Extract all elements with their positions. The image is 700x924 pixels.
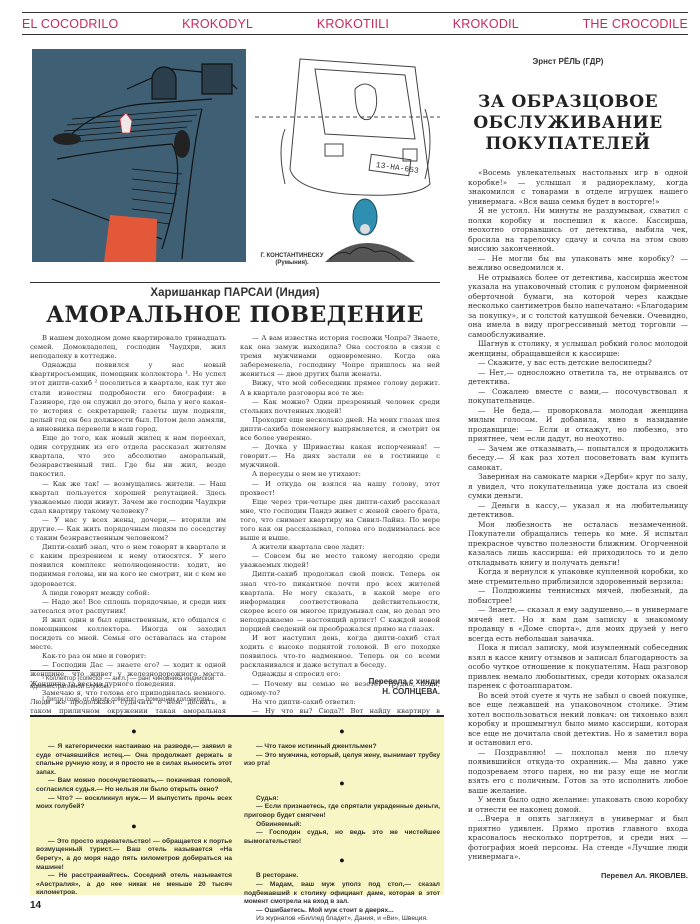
article1-column2: — А вам известна история госпожи Чопра? … <box>240 334 440 734</box>
joke-line: — Это просто издевательство! — обращаетс… <box>36 838 232 872</box>
joke-line: — Господин судья, но ведь это же чистейш… <box>244 829 440 846</box>
jokes-column2: ● — Что такое истинный джентльмен? — Это… <box>244 717 440 924</box>
paragraph: — Надо же! Все сплошь порядочные, и сред… <box>30 598 226 616</box>
paragraph: И вот наступил день, когда дипти-сахиб с… <box>240 634 440 670</box>
bullet-icon: ● <box>244 776 440 790</box>
article2-author: Эрнст РЁЛЬ (ГДР) <box>448 57 688 66</box>
footnotes: ¹ Коллектор (collector — англ.) — ранг ч… <box>30 670 226 709</box>
joke-line: — Что? — воскликнул муж.— И выпустить пр… <box>36 795 232 812</box>
paragraph: — Зачем же отказывать,— попытался я прод… <box>468 444 688 473</box>
paragraph: — Сожалею вместе с вами,— посочувствовал… <box>468 387 688 406</box>
masthead-item-en: THE CROCODILE <box>583 17 688 31</box>
car-on-wheel-cartoon-image: 13-HA-653 <box>255 49 440 262</box>
paragraph: ...Вчера я опять заглянул в универмаг и … <box>468 814 688 862</box>
paragraph: А жители квартала свое ладят: <box>240 543 440 552</box>
article1-translator: Перевела с хинди Н. СОЛНЦЕВА. <box>240 677 440 697</box>
joke-line: — Я категорически настаиваю на разводе,—… <box>36 743 232 777</box>
masthead-item-es: EL COCODRILO <box>22 17 118 31</box>
paragraph: — Не беда,— проворковала молодая женщина… <box>468 406 688 444</box>
page-number: 14 <box>30 900 41 911</box>
paragraph: Шагнув к столику, я услышал робкий голос… <box>468 339 688 358</box>
masthead: EL COCODRILO KROKODYL KROKOTIILI KROKODI… <box>22 12 688 35</box>
article2-title: ЗА ОБРАЗЦОВОЕ ОБСЛУЖИВАНИЕ ПОКУПАТЕЛЕЙ <box>448 92 688 155</box>
paragraph: — Поздравляю! — похлопал меня по плечу п… <box>468 748 688 796</box>
paragraph: — Нет,— односложно ответила та, не отрыв… <box>468 368 688 387</box>
paragraph: На что дипти-сахиб ответил: <box>240 698 440 707</box>
masthead-item-de: KROKODIL <box>453 17 519 31</box>
article1-title: АМОРАЛЬНОЕ ПОВЕДЕНИЕ <box>30 302 440 328</box>
cartoonist-name: Г. КОНСТАНТИНЕСКУ <box>252 253 332 260</box>
paragraph: Как-то раз он мне и говорит: <box>30 652 226 661</box>
joke: — Я категорически настаиваю на разводе,—… <box>36 743 232 812</box>
cartoon-caption: Г. КОНСТАНТИНЕСКУ (Румыния). <box>252 253 332 267</box>
paragraph: Завернная на самокате марки «Дерби» круг… <box>468 472 688 501</box>
jokes-box: ● — Я категорически настаиваю на разводе… <box>30 717 444 895</box>
paragraph: — И откуда он взялся на нашу голову, это… <box>240 480 440 498</box>
article2-translator: Перевел Ал. ЯКОВЛЕВ. <box>468 871 688 880</box>
paragraph: — Совсем бы не место такому негодяю сред… <box>240 552 440 570</box>
bullet-icon: ● <box>244 853 440 867</box>
joke: Судья: — Если признаетесь, где спрятали … <box>244 795 440 847</box>
joke: — Это просто издевательство! — обращаетс… <box>36 838 232 898</box>
paragraph: — Скажите, у вас есть детские велосипеды… <box>468 358 688 368</box>
title-line: ЗА ОБРАЗЦОВОЕ <box>448 92 688 113</box>
bullet-icon: ● <box>36 819 232 833</box>
paragraph: Еще через три-четыре дня дипти-сахиб рас… <box>240 498 440 543</box>
joke-line: — Вам можно посочувствовать,— покачивая … <box>36 777 232 794</box>
translator-name: Н. СОЛНЦЕВА. <box>240 687 440 697</box>
joke-line: — Не расстраивайтесь. Соседний отель наз… <box>36 872 232 898</box>
paragraph: Однажды появился у нас новый квартиросъе… <box>30 361 226 434</box>
jokes-column1: ● — Я категорически настаиваю на разводе… <box>36 717 232 898</box>
joke-line: В ресторане. <box>244 872 440 881</box>
paragraph: — Как же так! — возмущались жители. — На… <box>30 480 226 516</box>
paragraph: Пока я писал записку, мой изумленный соб… <box>468 643 688 691</box>
joke: — Что такое истинный джентльмен? — Это м… <box>244 743 440 769</box>
joke-line: — Мадам, ваш муж уполз под стол,— сказал… <box>244 881 440 907</box>
title-line: ОБСЛУЖИВАНИЕ <box>448 113 688 134</box>
jokes-source: Из журналов «Биллед бладет», Дания, и «В… <box>244 915 440 924</box>
joke-line: Обвиняемый: <box>244 821 440 830</box>
paragraph: У меня было одно желание: упаковать свою… <box>468 795 688 814</box>
paragraph: Проходит еще несколько дней. На моих гла… <box>240 416 440 443</box>
article2-body: «Восемь увлекательных настольных игр в о… <box>468 168 688 862</box>
paragraph: — Полдюжины теннисных мячей, любезный, д… <box>468 586 688 605</box>
title-line: ПОКУПАТЕЛЕЙ <box>448 134 688 155</box>
footnote-divider <box>30 670 80 671</box>
paragraph: Я жил один и был единственным, кто общал… <box>30 616 226 652</box>
paragraph: Не отрываясь более от детектива, кассирш… <box>468 273 688 340</box>
footnote: ² Дипти (сокр. от deputy collector) — по… <box>30 696 226 704</box>
paragraph: А пересуды о нем не утихают: <box>240 470 440 479</box>
paragraph: Я не устоял. Ни минуты не раздумывая, сх… <box>468 206 688 254</box>
bullet-icon: ● <box>36 724 232 738</box>
paragraph: А люди говорят между собой: <box>30 589 226 598</box>
paragraph: — А вам известна история госпожи Чопра? … <box>240 334 440 379</box>
staircase-cartoon-image <box>32 49 246 262</box>
paragraph: Моя любезность не осталась незамеченной.… <box>468 520 688 568</box>
joke-line: — Что такое истинный джентльмен? <box>244 743 440 752</box>
translator-label: Перевела с хинди <box>240 677 440 687</box>
paragraph: Дипти-сахиб знал, что о нем говорят в кв… <box>30 543 226 588</box>
joke-line: Судья: <box>244 795 440 804</box>
paragraph: Когда я вернулся к упаковке купленной ко… <box>468 567 688 586</box>
paragraph: — Дочка у Шриваствы какая испорченная! —… <box>240 443 440 470</box>
paragraph: — Знаете,— сказал я ему задушевно,— в ун… <box>468 605 688 643</box>
masthead-item-fi: KROKOTIILI <box>317 17 389 31</box>
paragraph: Дипти-сахиб продолжал свой поиск. Теперь… <box>240 570 440 634</box>
divider <box>30 282 440 283</box>
joke-line: — Это мужчина, который, целуя жену, выни… <box>244 752 440 769</box>
paragraph: — У нас у всех жены, дочери,— вторили им… <box>30 516 226 543</box>
paragraph: Во всей этой суете я чуть не забыл о сво… <box>468 691 688 748</box>
footnote: ¹ Коллектор (collector — англ.) — ранг ч… <box>30 675 226 691</box>
joke-line: — Если признаетесь, где спрятали украден… <box>244 803 440 820</box>
paragraph: В нашем доходном доме квартировало трина… <box>30 334 226 361</box>
paragraph: — Как можно? Один презренный человек сре… <box>240 398 440 416</box>
paragraph: Еще до того, как новый жилец к нам перее… <box>30 434 226 479</box>
paragraph: «Восемь увлекательных настольных игр в о… <box>468 168 688 206</box>
masthead-item-pl: KROKODYL <box>182 17 253 31</box>
paragraph: — Не могли бы вы упаковать мне коробку? … <box>468 254 688 273</box>
paragraph: — Деньги в кассу,— указал я на любительн… <box>468 501 688 520</box>
cartoonist-country: (Румыния). <box>252 260 332 267</box>
bullet-icon: ● <box>244 724 440 738</box>
article1-author: Харишанкар ПАРСАИ (Индия) <box>30 287 440 299</box>
paragraph: Вижу, что мой собеседник прямее голову д… <box>240 379 440 397</box>
joke: В ресторане. — Мадам, ваш муж уполз под … <box>244 872 440 915</box>
